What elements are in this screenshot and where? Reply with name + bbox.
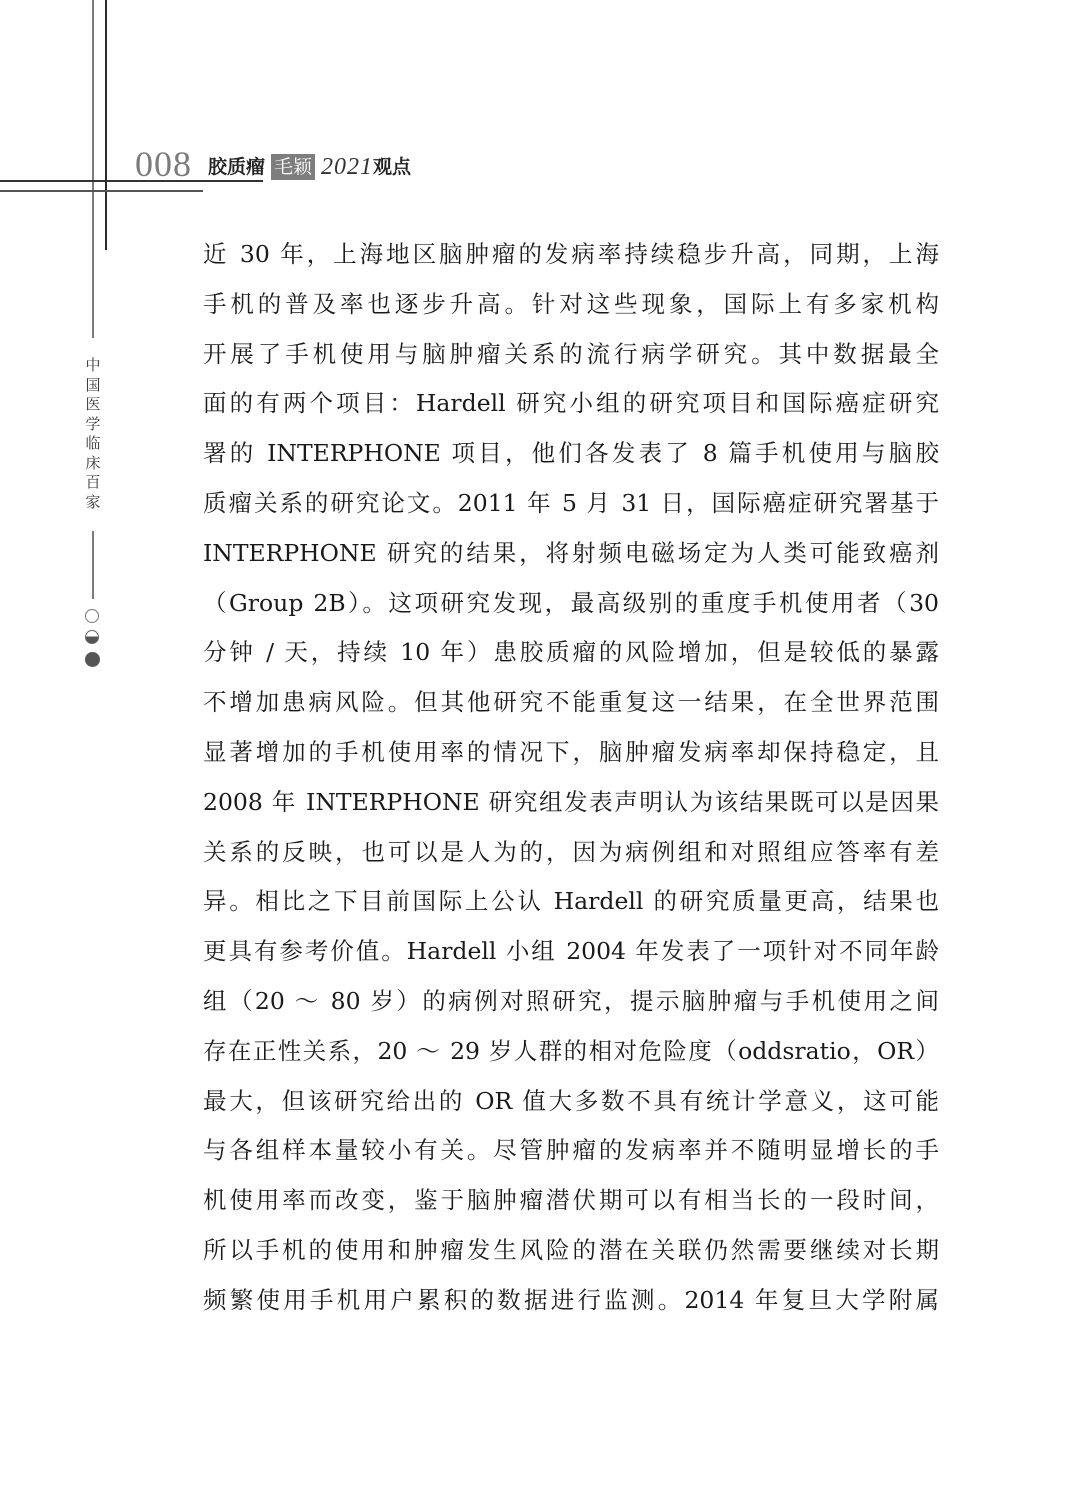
text-line: 质瘤关系的研究论文。2011 年 5 月 31 日，国际癌症研究署基于 <box>203 479 939 529</box>
text-line: 频繁使用手机用户累积的数据进行监测。2014 年复旦大学附属 <box>203 1276 939 1326</box>
text-line: 最大，但该研究给出的 OR 值大多数不具有统计学意义，这可能 <box>203 1077 939 1127</box>
text-line: 机使用率而改变，鉴于脑肿瘤潜伏期可以有相当长的一段时间， <box>203 1176 939 1226</box>
series-title-char: 中 <box>83 356 103 376</box>
series-title-char: 医 <box>83 395 103 415</box>
text-line: 2008 年 INTERPHONE 研究组发表声明认为该结果既可以是因果 <box>203 778 939 828</box>
text-line: 与各组样本量较小有关。尽管肿瘤的发病率并不随明显增长的手 <box>203 1126 939 1176</box>
text-line: 面的有两个项目：Hardell 研究小组的研究项目和国际癌症研究 <box>203 379 939 429</box>
book-title: 胶质瘤 <box>208 154 265 180</box>
text-line: 分钟 / 天，持续 10 年）患胶质瘤的风险增加，但是较低的暴露 <box>203 628 939 678</box>
series-title-char: 百 <box>83 473 103 493</box>
text-line: 关系的反映，也可以是人为的，因为病例组和对照组应答率有差 <box>203 828 939 878</box>
empty-circle-icon <box>85 609 99 623</box>
sidebar-divider <box>92 531 94 599</box>
text-line: 所以手机的使用和肿瘤发生风险的潜在关联仍然需要继续对长期 <box>203 1226 939 1276</box>
text-line: INTERPHONE 研究的结果，将射频电磁场定为人类可能致癌剂 <box>203 529 939 579</box>
book-year: 2021 <box>321 154 373 180</box>
series-title-char: 学 <box>83 415 103 435</box>
running-header: 008 胶质瘤 毛颖 2021 观点 <box>135 142 411 182</box>
author-badge: 毛颖 <box>271 154 315 180</box>
text-line: 署的 INTERPHONE 项目，他们各发表了 8 篇手机使用与脑胶 <box>203 429 939 479</box>
text-line: 更具有参考价值。Hardell 小组 2004 年发表了一项针对不同年龄 <box>203 927 939 977</box>
header-rule-lower <box>0 190 203 192</box>
series-title-char: 床 <box>83 454 103 474</box>
book-title-suffix: 观点 <box>373 154 411 180</box>
text-line: 异。相比之下目前国际上公认 Hardell 的研究质量更高，结果也 <box>203 877 939 927</box>
page-number: 008 <box>135 146 192 182</box>
text-line: 不增加患病风险。但其他研究不能重复这一结果，在全世界范围 <box>203 678 939 728</box>
series-title-char: 临 <box>83 434 103 454</box>
text-line: 开展了手机使用与脑肿瘤关系的流行病学研究。其中数据最全 <box>203 330 939 380</box>
crop-mark-vertical-gray <box>92 0 94 338</box>
text-line: 近 30 年，上海地区脑肿瘤的发病率持续稳步升高，同期，上海 <box>203 230 939 280</box>
text-line: 存在正性关系，20 ～ 29 岁人群的相对危险度（oddsratio，OR） <box>203 1027 939 1077</box>
text-line: （Group 2B）。这项研究发现，最高级别的重度手机使用者（30 <box>203 579 939 629</box>
filled-circle-icon <box>85 652 100 667</box>
series-title-char: 国 <box>83 376 103 396</box>
body-paragraph: 近 30 年，上海地区脑肿瘤的发病率持续稳步升高，同期，上海 手机的普及率也逐步… <box>203 230 939 1326</box>
half-filled-circle-icon <box>85 630 99 644</box>
text-line: 显著增加的手机使用率的情况下，脑肿瘤发病率却保持稳定，且 <box>203 728 939 778</box>
text-line: 组（20 ～ 80 岁）的病例对照研究，提示脑肿瘤与手机使用之间 <box>203 977 939 1027</box>
series-title-char: 家 <box>83 493 103 513</box>
crop-mark-vertical-dark <box>105 0 107 250</box>
text-line: 手机的普及率也逐步升高。针对这些现象，国际上有多家机构 <box>203 280 939 330</box>
series-title-vertical: 中 国 医 学 临 床 百 家 <box>83 356 103 512</box>
